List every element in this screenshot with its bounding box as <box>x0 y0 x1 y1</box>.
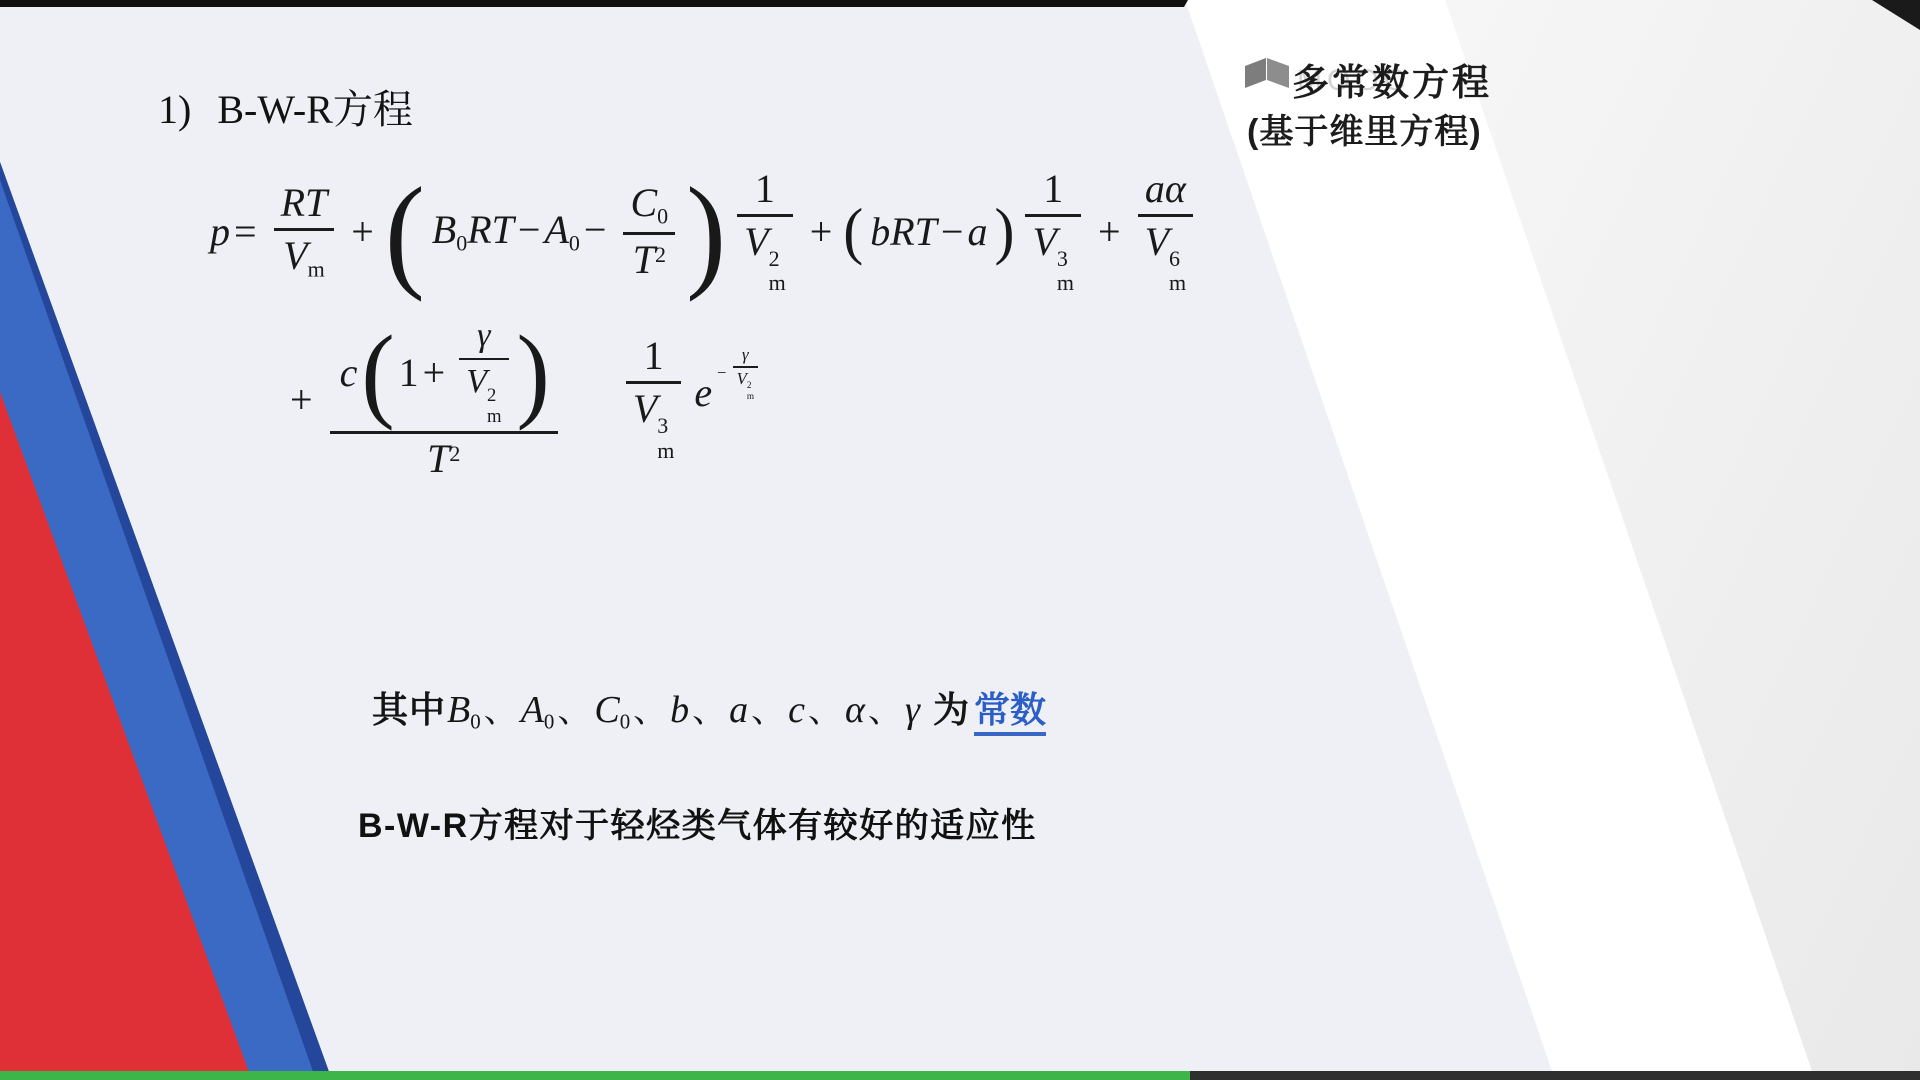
right-paren: ) <box>686 178 726 286</box>
sup-sub-stack: 3m <box>1057 247 1074 295</box>
sup-sub-stack: 2m <box>487 386 502 427</box>
math-sup: 2 <box>487 386 496 407</box>
math-token: V <box>283 233 307 278</box>
math-token: a <box>967 209 987 254</box>
math-chunk: γ <box>733 346 758 368</box>
math-token: 1 <box>399 350 419 395</box>
math-chunk: T2 <box>623 235 675 281</box>
math-token: α <box>1165 166 1186 211</box>
constant-symbol: B0 <box>447 689 481 731</box>
math-token: A <box>521 689 544 731</box>
math-token: A <box>544 207 568 252</box>
math-sub: 0 <box>456 231 467 256</box>
math-token: T <box>915 209 937 254</box>
math-token: − <box>518 207 541 252</box>
title-number: 1) <box>158 87 191 132</box>
math-chunk: bRT−a <box>870 208 987 255</box>
math-token: γ <box>742 345 749 364</box>
math-token: C <box>594 689 619 731</box>
math-chunk: T2 <box>330 434 558 480</box>
sup-sub-stack: 6m <box>1169 247 1186 295</box>
fraction-1-vm2: 1 V2m <box>737 168 793 295</box>
math-chunk: RT <box>274 182 335 231</box>
fraction-c0-t2: C0 T2 <box>623 182 675 281</box>
math-chunk: B0RT−A0− <box>432 206 611 257</box>
math-token: + <box>423 350 446 395</box>
progress-fill <box>0 1071 1190 1080</box>
math-token: p <box>210 209 230 254</box>
math-token: C <box>630 180 657 225</box>
math-token: b <box>870 209 890 254</box>
math-token: R <box>890 209 914 254</box>
math-chunk: V3m <box>1025 217 1081 295</box>
math-token: V <box>737 369 747 388</box>
math-sub: m <box>1169 271 1186 295</box>
math-token: 1 <box>737 168 793 217</box>
separator: 、 <box>692 692 726 730</box>
video-progress-bar[interactable] <box>0 1071 1920 1080</box>
math-token: 1 <box>626 335 682 384</box>
separator: 、 <box>557 692 591 730</box>
left-paren: ( <box>843 205 863 259</box>
fraction-1-vm3: 1 V3m <box>626 335 682 462</box>
sup-sub-stack: 3m <box>657 414 674 462</box>
math-token: T <box>633 237 655 282</box>
separator: 、 <box>808 692 842 730</box>
math-chunk: V2m <box>459 360 508 427</box>
math-token: T <box>305 180 327 225</box>
corner-subheading: (基于维里方程) <box>1247 104 1482 153</box>
math-chunk: c ( 1+ γ V2m ) <box>330 318 558 434</box>
exponent: −γV2m <box>717 346 762 401</box>
math-sup: 2 <box>769 247 780 271</box>
right-paren: ) <box>517 328 550 418</box>
left-paren: ( <box>361 328 394 418</box>
fraction-gamma-vm2: γ V2m <box>459 318 508 427</box>
math-token: a <box>1145 166 1165 211</box>
math-chunk: C0 <box>623 182 675 235</box>
math-token: + <box>290 376 313 423</box>
math-token: + <box>810 208 833 255</box>
math-chunk: p= <box>210 208 261 255</box>
math-sub: 0 <box>544 709 554 733</box>
math-token: γ <box>477 317 490 354</box>
math-token: T <box>427 436 449 481</box>
math-chunk: V3m <box>626 384 682 462</box>
math-sup: 6 <box>1169 247 1180 271</box>
math-token: − <box>584 207 607 252</box>
math-sup: 3 <box>1057 247 1068 271</box>
math-sub: m <box>487 407 502 428</box>
slide-title: 1)B-W-R方程 <box>158 78 413 135</box>
math-sub: 0 <box>657 204 668 229</box>
math-sub: m <box>308 257 325 282</box>
math-token: V <box>1145 219 1169 264</box>
math-token: B <box>432 207 456 252</box>
constants-link[interactable]: 常数 <box>974 689 1046 736</box>
math-chunk: γ <box>459 318 508 360</box>
math-sub: m <box>747 391 754 401</box>
math-chunk: aα <box>1138 168 1194 217</box>
bwr-equation-line1: p= RT Vm + ( B0RT−A0− C0 T2 ) 1 V2m + ( … <box>210 168 1197 295</box>
exp-term: e−γV2m <box>694 369 762 428</box>
math-token: R <box>281 180 305 225</box>
fraction-1-vm3: 1 V3m <box>1025 168 1081 295</box>
sup-sub-stack: 2m <box>769 247 786 295</box>
constant-symbol: C0 <box>594 689 630 731</box>
separator: 、 <box>633 692 667 730</box>
sup-sub-stack: 2m <box>747 380 754 400</box>
title-text: B-W-R方程 <box>217 87 413 132</box>
math-token: + <box>1098 208 1121 255</box>
math-token: V <box>744 219 768 264</box>
constants-prefix: 其中 <box>372 689 446 730</box>
math-chunk: V2m <box>737 217 793 295</box>
bwr-equation-line2: + c ( 1+ γ V2m ) T2 1 V3m e−γV2m <box>286 318 762 480</box>
math-chunk: Vm <box>274 231 335 281</box>
applicability-note: B-W-R方程对于轻烃类气体有较好的适应性 <box>358 798 1037 847</box>
constants-verb: 为 <box>933 689 970 730</box>
constant-symbol: c <box>788 689 805 731</box>
math-sup: 3 <box>657 414 668 438</box>
open-book-icon <box>1244 56 1290 99</box>
constant-symbol: α <box>845 689 865 731</box>
math-token: c <box>340 352 358 394</box>
math-token: + <box>351 208 374 255</box>
math-chunk: V2m <box>733 368 758 401</box>
math-chunk: V6m <box>1138 217 1194 295</box>
right-paren: ) <box>994 205 1014 259</box>
math-token: T <box>492 207 514 252</box>
math-token: e <box>694 370 712 415</box>
math-token: − <box>717 363 726 383</box>
constant-symbol: b <box>670 689 689 731</box>
math-chunk: 1+ <box>399 352 450 394</box>
constant-symbol: a <box>729 689 748 731</box>
corner-heading: 多常数方程 <box>1292 52 1492 106</box>
fraction-c-term: c ( 1+ γ V2m ) T2 <box>330 318 558 480</box>
separator: 、 <box>751 692 785 730</box>
math-sub: m <box>769 271 786 295</box>
math-sup: 2 <box>655 242 666 267</box>
fraction-rt-vm: RT Vm <box>274 182 335 281</box>
math-token: B <box>447 689 470 731</box>
math-sub: m <box>657 439 674 463</box>
math-sup: 2 <box>747 380 752 390</box>
math-sub: 0 <box>569 231 580 256</box>
math-token: − <box>941 209 964 254</box>
separator: 、 <box>484 692 518 730</box>
fraction-exp-gamma-vm2: γV2m <box>733 346 758 401</box>
constant-symbol: A0 <box>521 689 555 731</box>
separator: 、 <box>868 692 902 730</box>
math-token: = <box>234 209 257 254</box>
math-sub: 0 <box>470 709 480 733</box>
math-token: V <box>466 363 487 400</box>
math-token: 1 <box>1025 168 1081 217</box>
left-paren: ( <box>385 178 425 286</box>
constants-line: 其中B0、A0、C0、b、a、c、α、γ为常数 <box>372 682 1046 734</box>
math-sub: 0 <box>620 709 630 733</box>
fraction-aalpha-vm6: aα V6m <box>1138 168 1194 295</box>
math-sub: m <box>1057 271 1074 295</box>
math-token: V <box>1032 219 1056 264</box>
top-black-bar <box>0 0 1188 7</box>
math-sup: 2 <box>449 441 460 466</box>
constant-symbol: γ <box>905 689 920 731</box>
math-token: R <box>467 207 491 252</box>
math-token: V <box>633 386 657 431</box>
